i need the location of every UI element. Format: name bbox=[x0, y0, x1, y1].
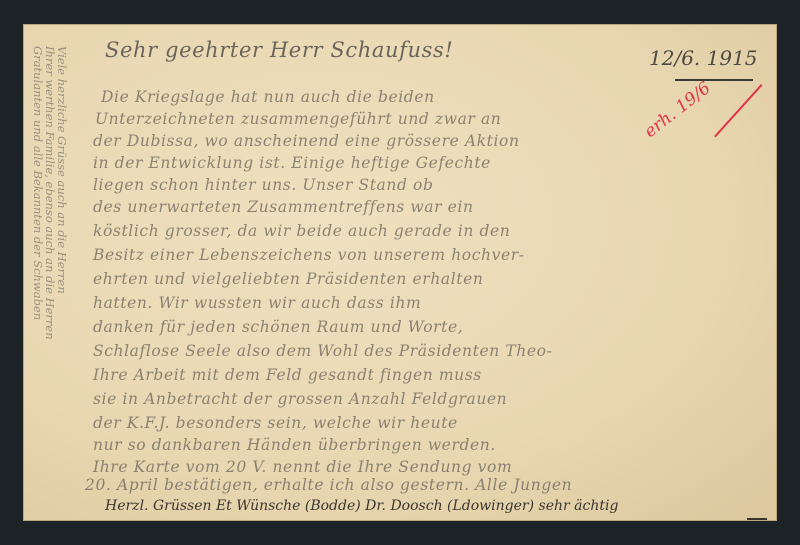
date-underline bbox=[675, 79, 753, 81]
body-line: Die Kriegslage hat nun auch die beiden bbox=[101, 88, 435, 106]
body-line: der Dubissa, wo anscheinend eine grösser… bbox=[93, 132, 520, 150]
body-line: köstlich grosser, da wir beide auch gera… bbox=[93, 222, 510, 240]
body-line: hatten. Wir wussten wir auch dass ihm bbox=[93, 294, 421, 312]
body-line: Ihre Karte vom 20 V. nennt die Ihre Send… bbox=[93, 458, 512, 476]
salutation: Sehr geehrter Herr Schaufuss! bbox=[105, 38, 453, 62]
body-line: der K.F.J. besonders sein, welche wir he… bbox=[93, 414, 458, 432]
margin-line: Viele herzliche Grüsse auch an die Herre… bbox=[55, 46, 69, 294]
signature-underline bbox=[747, 518, 767, 520]
body-line: Unterzeichneten zusammengeführt und zwar… bbox=[95, 110, 501, 128]
body-line: sie in Anbetracht der grossen Anzahl Fel… bbox=[93, 390, 507, 408]
body-line: des unerwarteten Zusammentreffens war ei… bbox=[93, 198, 474, 216]
body-line: liegen schon hinter uns. Unser Stand ob bbox=[93, 176, 433, 194]
received-annotation: erh. 19/6 bbox=[641, 78, 715, 142]
margin-line: Gratulanten und alle Bekannten der Schwa… bbox=[31, 46, 45, 320]
body-line: Besitz einer Lebenszeichens von unserem … bbox=[93, 246, 525, 264]
date: 12/6. 1915 bbox=[649, 46, 758, 70]
body-line: 20. April bestätigen, erhalte ich also g… bbox=[85, 476, 572, 494]
body-line: Ihre Arbeit mit dem Feld gesandt fingen … bbox=[93, 366, 482, 384]
signature-line: Herzl. Grüssen Et Wünsche (Bodde) Dr. Do… bbox=[105, 498, 618, 514]
margin-line: Ihrer werthen Familie, ebenso auch an di… bbox=[43, 46, 57, 340]
red-slash-mark bbox=[714, 84, 762, 137]
postcard: Sehr geehrter Herr Schaufuss! 12/6. 1915… bbox=[23, 24, 777, 521]
body-line: nur so dankbaren Händen überbringen werd… bbox=[93, 436, 496, 454]
body-line: danken für jeden schönen Raum und Worte, bbox=[93, 318, 463, 336]
body-line: Schlaflose Seele also dem Wohl des Präsi… bbox=[93, 342, 552, 360]
body-line: ehrten und vielgeliebten Präsidenten erh… bbox=[93, 270, 483, 288]
body-line: in der Entwicklung ist. Einige heftige G… bbox=[93, 154, 491, 172]
